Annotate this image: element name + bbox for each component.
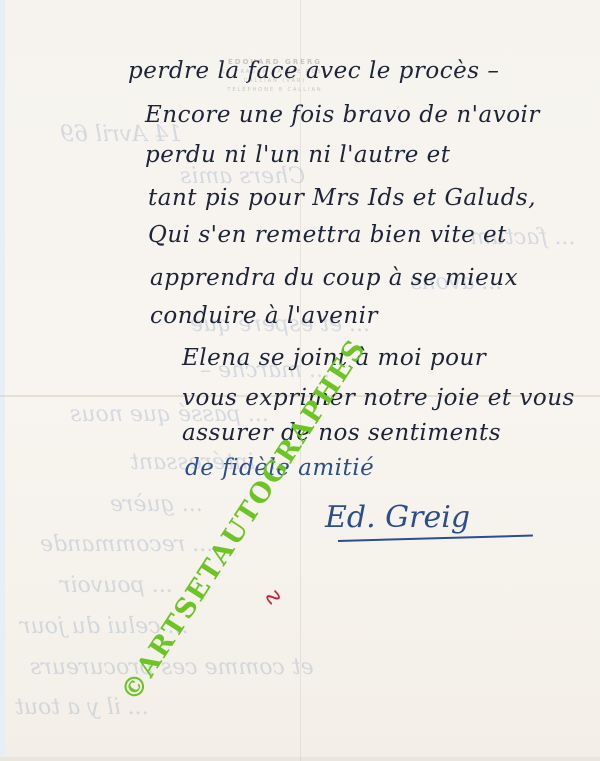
- body-line: perdre la face avec le procès –: [128, 58, 499, 84]
- red-pencil-mark: ∿: [255, 585, 288, 613]
- signature: Ed. Greig: [325, 500, 470, 535]
- scan-edge-left: [0, 0, 5, 761]
- body-line: conduire à l'avenir: [150, 303, 378, 329]
- body-line: apprendra du coup à se mieux: [150, 265, 518, 291]
- bleed-line: ... recommande: [40, 532, 213, 557]
- body-line: vous exprimer notre joie et vous: [182, 385, 575, 411]
- body-line: perdu ni l'un ni l'autre et: [145, 142, 450, 168]
- body-line: Qui s'en remettra bien vite et: [148, 222, 507, 248]
- signature-underline: [338, 535, 533, 542]
- body-line: Encore une fois bravo de n'avoir: [145, 102, 540, 128]
- letter-page: EDOUARD GRERG LE FRAGON SAINTE ROSE CALL…: [0, 0, 600, 761]
- bleed-line: ... guère: [110, 492, 203, 517]
- body-line: assurer de nos sentiments: [182, 420, 501, 446]
- bleed-line: ... pouvoir: [60, 573, 173, 598]
- body-line: tant pis pour Mrs Ids et Galuds,: [148, 185, 536, 211]
- letterhead-phone: TELEPHONE 8 CALLIAN: [205, 87, 345, 93]
